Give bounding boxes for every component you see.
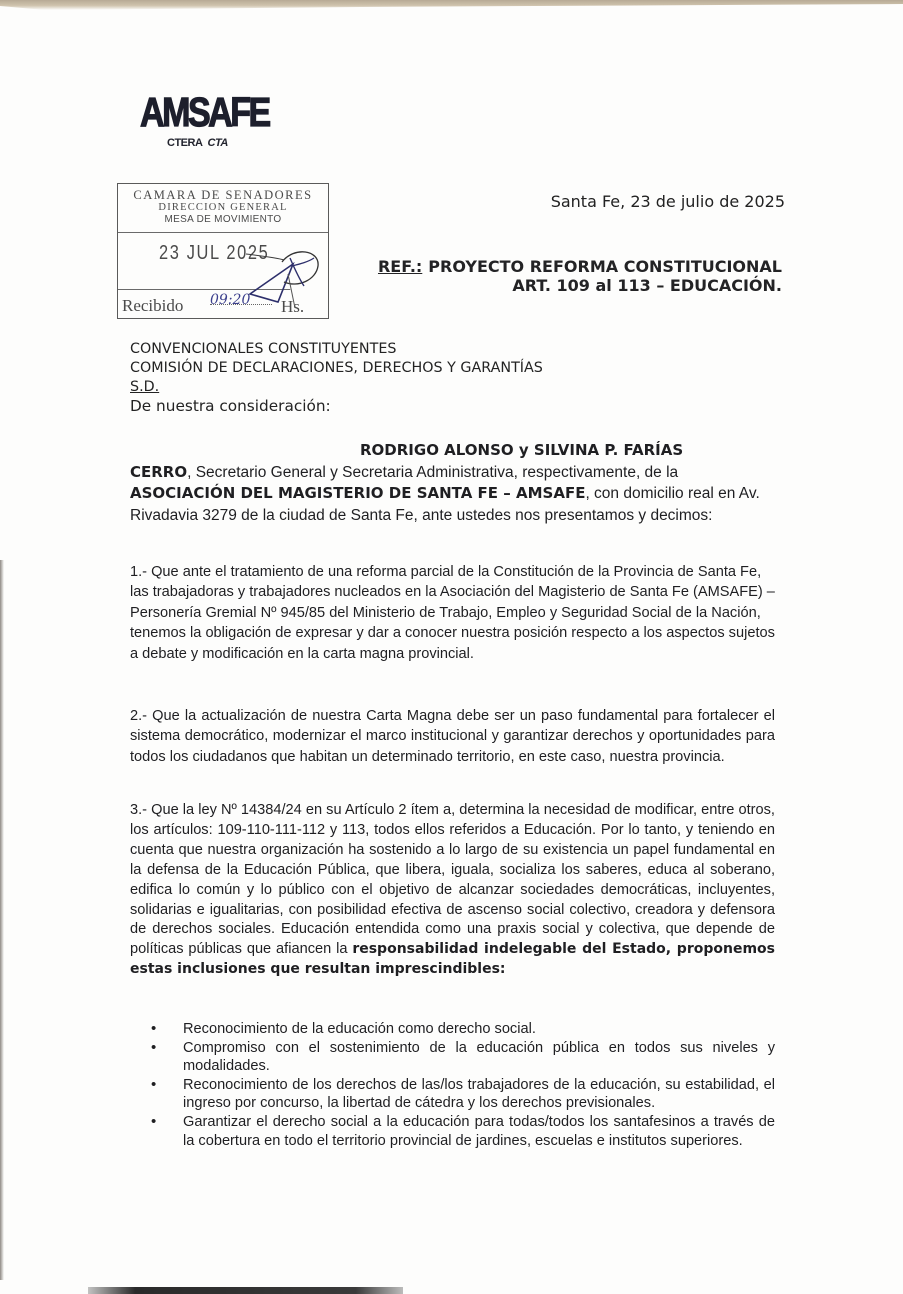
logo-affiliations: CTERA CTA xyxy=(167,137,228,149)
document-date: Santa Fe, 23 de julio de 2025 xyxy=(551,192,785,211)
list-item: Compromiso con el sostenimiento de la ed… xyxy=(148,1039,775,1076)
list-item: Reconocimiento de los derechos de las/lo… xyxy=(148,1076,775,1113)
organization-name: ASOCIACIÓN DEL MAGISTERIO DE SANTA FE – … xyxy=(130,484,585,502)
signature-icon xyxy=(238,236,328,316)
logo-ctera: CTERA xyxy=(167,137,202,149)
stamp-header: CAMARA DE SENADORES DIRECCION GENERAL ME… xyxy=(118,188,328,233)
signatory-names: RODRIGO ALONSO y SILVINA P. FARÍAS xyxy=(130,440,780,462)
signatory-names-cont: CERRO xyxy=(130,463,187,481)
logo-cta: CTA xyxy=(208,137,228,149)
reference-label: REF.: xyxy=(378,257,422,276)
scan-edge-left xyxy=(0,560,4,1280)
stamp-desk: MESA DE MOVIMIENTO xyxy=(118,214,328,226)
intro-body: CERRO, Secretario General y Secretaria A… xyxy=(130,462,780,527)
reference-block: REF.:PROYECTO REFORMA CONSTITUCIONAL ART… xyxy=(378,257,782,295)
intro-text-a: , Secretario General y Secretaria Admini… xyxy=(187,464,678,481)
greeting: De nuestra consideración: xyxy=(130,397,543,416)
paragraph-3-text: 3.- Que la ley Nº 14384/24 en su Artícul… xyxy=(130,802,775,957)
recipients-block: CONVENCIONALES CONSTITUYENTES COMISIÓN D… xyxy=(130,340,543,416)
stamp-received-label: Recibido xyxy=(122,296,183,315)
scan-edge-bottom xyxy=(88,1287,403,1294)
intro-paragraph: RODRIGO ALONSO y SILVINA P. FARÍAS CERRO… xyxy=(130,440,780,526)
stamp-chamber: CAMARA DE SENADORES xyxy=(118,188,328,202)
reference-line-1: REF.:PROYECTO REFORMA CONSTITUCIONAL xyxy=(378,257,782,276)
paragraph-2: 2.- Que la actualización de nuestra Cart… xyxy=(130,706,775,767)
reference-title: PROYECTO REFORMA CONSTITUCIONAL xyxy=(428,257,782,276)
logo-title: AMSAFE xyxy=(140,92,269,132)
recipient-sd: S.D. xyxy=(130,378,543,397)
reference-line-2: ART. 109 al 113 – EDUCACIÓN. xyxy=(378,276,782,295)
recipient-line-1: CONVENCIONALES CONSTITUYENTES xyxy=(130,340,543,359)
amsafe-logo: AMSAFE CTERA CTA xyxy=(140,92,295,132)
scan-edge-top xyxy=(0,0,903,10)
recipient-line-2: COMISIÓN DE DECLARACIONES, DERECHOS Y GA… xyxy=(130,359,543,378)
list-item: Garantizar el derecho social a la educac… xyxy=(148,1113,775,1150)
paragraph-1: 1.- Que ante el tratamiento de una refor… xyxy=(130,562,775,664)
stamp-direction: DIRECCION GENERAL xyxy=(118,202,328,214)
paragraph-3: 3.- Que la ley Nº 14384/24 en su Artícul… xyxy=(130,801,775,980)
list-item: Reconocimiento de la educación como dere… xyxy=(148,1020,775,1039)
proposal-list: Reconocimiento de la educación como dere… xyxy=(148,1020,775,1150)
